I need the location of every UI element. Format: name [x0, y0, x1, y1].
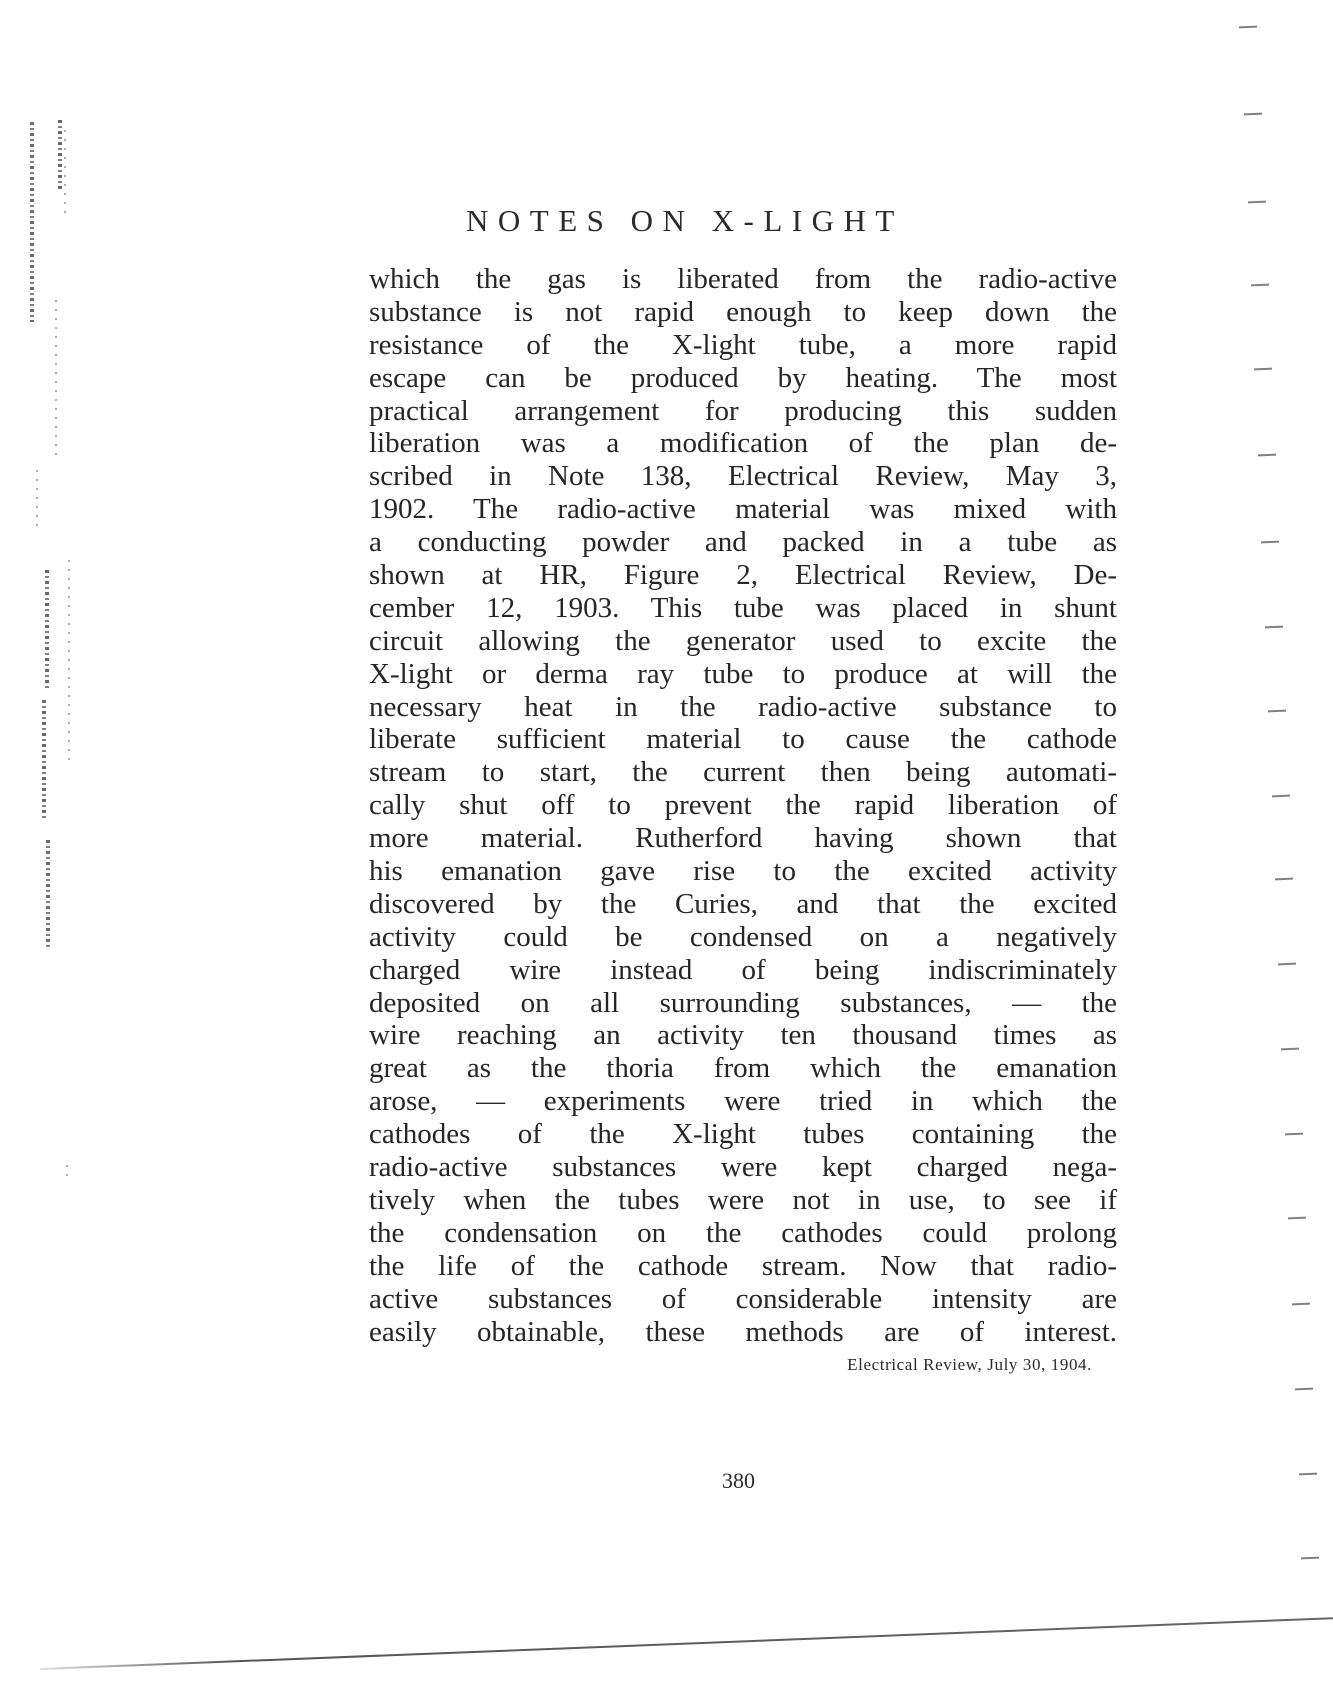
body-line: his emanation gave rise to the excited a… — [369, 855, 1117, 888]
margin-dash-mark — [1261, 541, 1279, 543]
margin-dash-mark — [1239, 26, 1257, 28]
margin-dash-mark — [1258, 454, 1276, 456]
body-paragraph: which the gas is liberated from the radi… — [369, 263, 1117, 1348]
body-line: 1902. The radio-active material was mixe… — [369, 493, 1117, 526]
margin-dash-mark — [1275, 878, 1293, 880]
body-line: escape can be produced by heating. The m… — [369, 362, 1117, 395]
body-line: practical arrangement for producing this… — [369, 395, 1117, 428]
body-line: discovered by the Curies, and that the e… — [369, 888, 1117, 921]
body-line: necessary heat in the radio-active subst… — [369, 691, 1117, 724]
margin-dash-mark — [1268, 710, 1286, 712]
margin-dash-mark — [1292, 1303, 1310, 1305]
body-line: the life of the cathode stream. Now that… — [369, 1250, 1117, 1283]
body-line: radio-active substances were kept charge… — [369, 1151, 1117, 1184]
scanned-book-page: NOTES ON X-LIGHT which the gas is libera… — [0, 0, 1333, 1698]
binding-speck — [36, 470, 38, 530]
binding-speck — [64, 130, 66, 220]
binding-streak — [58, 120, 62, 190]
binding-speck — [68, 560, 70, 760]
margin-dash-mark — [1295, 1388, 1313, 1390]
body-line: stream to start, the current then being … — [369, 756, 1117, 789]
margin-dash-mark — [1278, 963, 1296, 965]
binding-streak — [30, 122, 34, 322]
margin-dash-mark — [1272, 795, 1290, 797]
running-title: NOTES ON X-LIGHT — [466, 203, 1026, 239]
body-line: easily obtainable, these methods are of … — [369, 1316, 1117, 1349]
margin-dash-mark — [1299, 1473, 1317, 1475]
body-line: more material. Rutherford having shown t… — [369, 822, 1117, 855]
scan-page-edge-line — [40, 1617, 1333, 1670]
margin-dash-mark — [1265, 626, 1283, 628]
body-line: active substances of considerable intens… — [369, 1283, 1117, 1316]
body-line: deposited on all surrounding substances,… — [369, 987, 1117, 1020]
body-line: tively when the tubes were not in use, t… — [369, 1184, 1117, 1217]
body-line: arose, — experiments were tried in which… — [369, 1085, 1117, 1118]
body-line: wire reaching an activity ten thousand t… — [369, 1019, 1117, 1052]
binding-speck — [55, 300, 57, 460]
body-line: charged wire instead of being indiscrimi… — [369, 954, 1117, 987]
margin-dash-mark — [1251, 284, 1269, 286]
margin-dash-mark — [1244, 113, 1262, 115]
binding-speck — [66, 1165, 68, 1179]
body-line: resistance of the X-light tube, a more r… — [369, 329, 1117, 362]
body-line: cathodes of the X-light tubes containing… — [369, 1118, 1117, 1151]
margin-dash-mark — [1281, 1048, 1299, 1050]
body-line: cember 12, 1903. This tube was placed in… — [369, 592, 1117, 625]
margin-dash-mark — [1254, 368, 1272, 370]
margin-dash-mark — [1285, 1133, 1303, 1135]
body-line: a conducting powder and packed in a tube… — [369, 526, 1117, 559]
body-line: substance is not rapid enough to keep do… — [369, 296, 1117, 329]
body-line: the condensation on the cathodes could p… — [369, 1217, 1117, 1250]
body-line: liberation was a modification of the pla… — [369, 427, 1117, 460]
body-line: great as the thoria from which the emana… — [369, 1052, 1117, 1085]
page-number: 380 — [722, 1468, 755, 1494]
body-line: activity could be condensed on a negativ… — [369, 921, 1117, 954]
source-citation: Electrical Review, July 30, 1904. — [757, 1355, 1092, 1375]
body-line: X-light or derma ray tube to produce at … — [369, 658, 1117, 691]
margin-dash-mark — [1301, 1557, 1319, 1559]
binding-streak — [45, 570, 49, 690]
body-line: scribed in Note 138, Electrical Review, … — [369, 460, 1117, 493]
binding-streak — [42, 700, 46, 820]
binding-streak — [46, 840, 50, 950]
body-line: which the gas is liberated from the radi… — [369, 263, 1117, 296]
body-line: cally shut off to prevent the rapid libe… — [369, 789, 1117, 822]
margin-dash-mark — [1248, 201, 1266, 203]
margin-dash-mark — [1288, 1217, 1306, 1219]
body-line: liberate sufficient material to cause th… — [369, 723, 1117, 756]
body-line: shown at HR, Figure 2, Electrical Review… — [369, 559, 1117, 592]
body-line: circuit allowing the generator used to e… — [369, 625, 1117, 658]
